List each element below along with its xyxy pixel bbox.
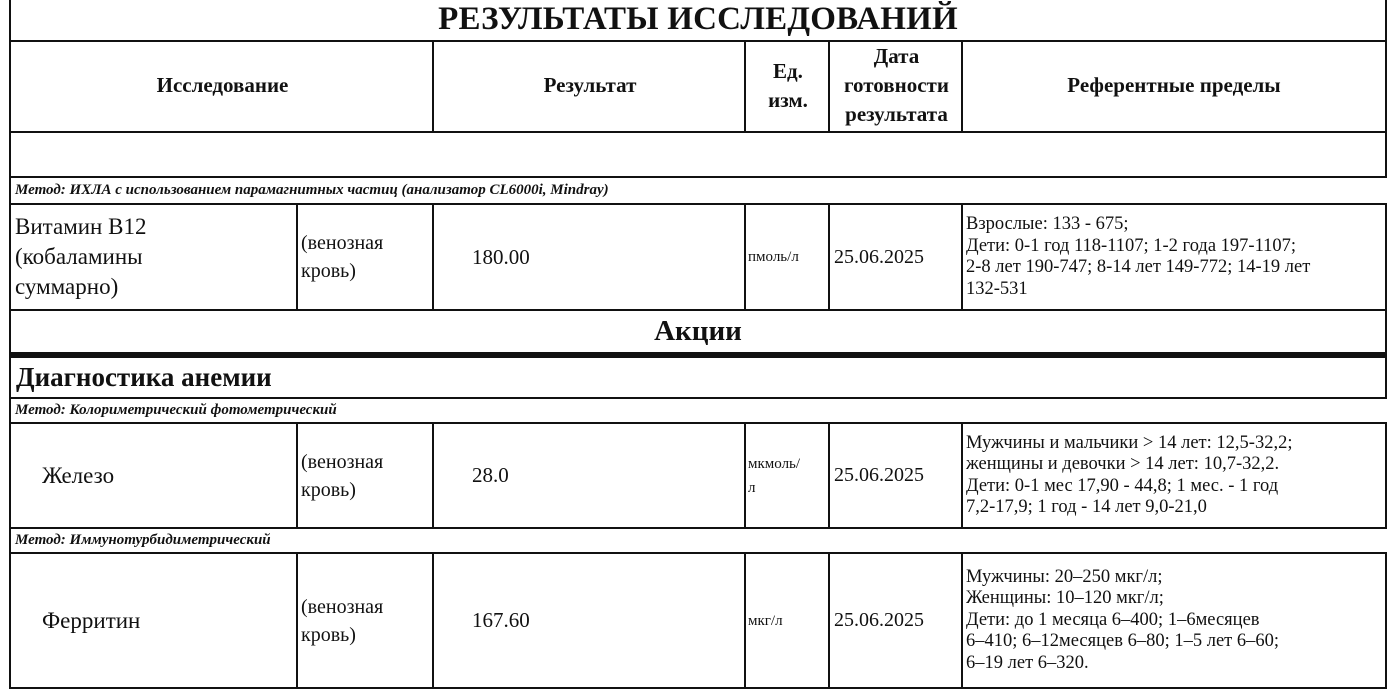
test-result-value: 28.0 bbox=[432, 422, 746, 529]
column-header-reference: Референтные пределы bbox=[961, 40, 1387, 133]
reference-range: Мужчины: 20–250 мкг/л; Женщины: 10–120 м… bbox=[961, 552, 1387, 689]
result-date: 25.06.2025 bbox=[828, 203, 963, 311]
column-header-unit: Ед. изм. bbox=[744, 40, 830, 133]
result-date: 25.06.2025 bbox=[828, 552, 963, 689]
method-label: Метод: Иммунотурбидиметрический bbox=[9, 527, 809, 554]
test-result-value: 167.60 bbox=[432, 552, 746, 689]
test-name: Ферритин bbox=[9, 552, 298, 689]
test-unit: мкг/л bbox=[744, 552, 830, 689]
test-name: Витамин B12 (кобаламины суммарно) bbox=[9, 203, 298, 311]
column-header-test: Исследование bbox=[9, 40, 434, 133]
reference-range: Взрослые: 133 - 675; Дети: 0-1 год 118-1… bbox=[961, 203, 1387, 311]
sample-type: (венозная кровь) bbox=[296, 552, 436, 689]
test-unit: мкмоль/ л bbox=[744, 422, 830, 529]
column-header-date: Дата готовности результата bbox=[828, 40, 963, 133]
test-unit: пмоль/л bbox=[744, 203, 830, 311]
sample-type: (венозная кровь) bbox=[296, 422, 436, 529]
column-header-result: Результат bbox=[432, 40, 746, 133]
method-label: Метод: ИХЛА с использованием парамагнитн… bbox=[9, 176, 1009, 205]
report-title: РЕЗУЛЬТАТЫ ИССЛЕДОВАНИЙ bbox=[9, 0, 1387, 42]
test-name: Железо bbox=[9, 422, 298, 529]
test-result-value: 180.00 bbox=[432, 203, 746, 311]
method-label: Метод: Колориметрический фотометрический bbox=[9, 397, 809, 424]
section-title: Диагностика анемии bbox=[9, 357, 1387, 399]
reference-range: Мужчины и мальчики > 14 лет: 12,5-32,2; … bbox=[961, 422, 1387, 529]
promo-heading: Акции bbox=[9, 309, 1387, 353]
result-date: 25.06.2025 bbox=[828, 422, 963, 529]
sample-type: (венозная кровь) bbox=[296, 203, 436, 311]
blank-row bbox=[9, 131, 1387, 178]
